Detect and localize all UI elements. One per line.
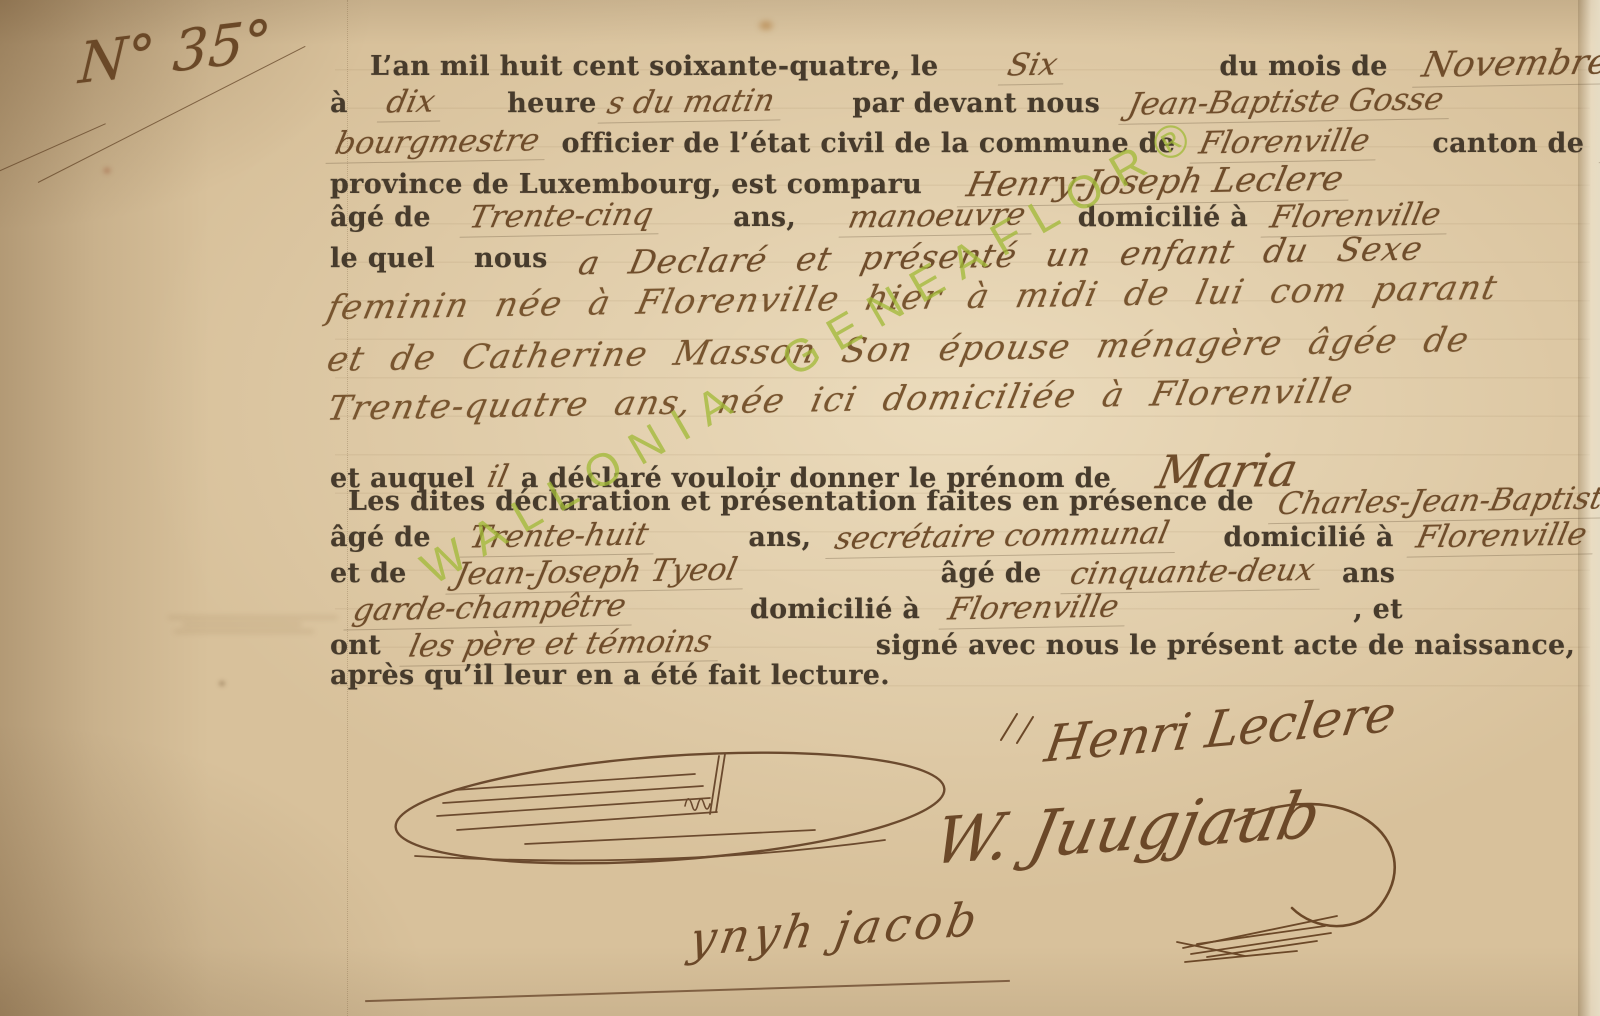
printed-text: ans (1342, 558, 1395, 589)
form-line-3: bourgmestre officier de l’état civil de … (330, 124, 1600, 162)
form-line-9: Trente-quatre ans, née ici domiciliée à … (330, 380, 1600, 420)
printed-text: par devant nous (852, 88, 1100, 119)
printed-text: L’an mil huit cent soixante-quatre, le (370, 51, 939, 82)
printed-text: heure (507, 88, 596, 119)
hatch-scribble (1175, 900, 1350, 970)
handwritten-entry-witness2-age: cinquante-deux (1060, 552, 1328, 595)
paraph-scribble (385, 738, 960, 883)
handwritten-entry-officer-title: bourgmestre (326, 122, 553, 164)
stain (102, 166, 112, 175)
printed-text: âgé de (330, 202, 431, 233)
form-line-15: ont les père et témoins signé avec nous … (330, 626, 1600, 664)
ink-bleedthrough (168, 612, 338, 638)
printed-text: du mois de (1219, 51, 1387, 82)
form-line-1: L’an mil huit cent soixante-quatre, le S… (330, 44, 1600, 86)
handwritten-entry-witness1-residence: Florenville (1406, 516, 1600, 557)
handwritten-entry-time-of-day: s du matin (597, 82, 787, 123)
printed-text: le quel (330, 243, 435, 274)
printed-text: domicilié à (1223, 522, 1393, 553)
printed-text: , et (1353, 594, 1403, 625)
handwritten-entry-witness2-occupation: garde-champêtre (343, 588, 639, 631)
printed-text: ont (330, 630, 381, 661)
printed-text: domicilié à (750, 594, 920, 625)
handwritten-entry-commune: Florenville (1190, 122, 1384, 163)
form-line-2: à dix heure s du matin par devant nous J… (330, 84, 1600, 122)
stain (756, 18, 776, 33)
printed-text: ans, (733, 202, 796, 233)
printed-text: nous (474, 243, 548, 274)
act-number: N° 35° (77, 8, 273, 98)
printed-text: ans, (748, 522, 811, 553)
form-line-16: après qu’il leur en a été fait lecture. (330, 660, 1600, 691)
printed-text: après qu’il leur en a été fait lecture. (330, 660, 890, 691)
printed-text: officier de l’état civil de la commune d… (562, 128, 1176, 159)
handwritten-entry-day: Six (997, 46, 1070, 85)
form-line-14: garde-champêtre domicilié à Florenville … (330, 590, 1600, 628)
handwritten-entry-witness2-residence: Florenville (939, 588, 1133, 629)
birth-act-document: N° 35° L’an mil huit cent soixante-quatr… (0, 0, 1600, 1016)
handwritten-entry-hour: dix (377, 83, 449, 122)
printed-text: signé avec nous le présent acte de naiss… (876, 630, 1575, 661)
handwritten-entry-witness1-occupation: secrétaire communal (826, 515, 1183, 559)
printed-text: à (330, 88, 348, 119)
printed-text: canton de (1432, 128, 1584, 159)
signature-underline-stroke (365, 980, 1010, 1002)
signature-jacob: ynyh jacob (686, 891, 985, 966)
handwritten-entry-father-age: Trente-cinq (459, 196, 666, 237)
stain (218, 680, 226, 687)
printed-text: province de Luxembourg, est comparu (330, 169, 922, 200)
printed-text: âgé de (941, 558, 1042, 589)
printed-text: et de (330, 558, 407, 589)
form-line-8: et de Catherine Masson Son épouse ménagè… (330, 330, 1600, 370)
signature-flourish-marks (995, 708, 1040, 753)
form-line-13: et de Jean-Joseph Tyeol âgé de cinquante… (330, 554, 1600, 592)
act-number-slash (0, 123, 106, 173)
